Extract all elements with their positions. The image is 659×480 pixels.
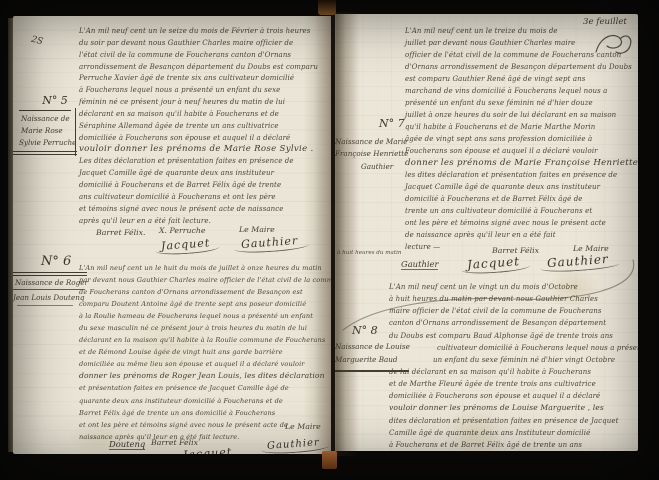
act-text-line: ont les père et témoins signé avec nous … xyxy=(405,217,637,229)
act-text-line: trente un ans cultivateur domicilié à Fo… xyxy=(405,205,637,217)
act-text-line: à Foucherans et de Barret Félix âgé de t… xyxy=(389,439,637,451)
margin-rule xyxy=(19,110,71,111)
act6-mayor-label: Le Maire xyxy=(285,422,321,431)
act-text-line: présenté un enfant du sexe féminin né d'… xyxy=(405,97,637,109)
act-text-line: Foucherans son épouse et auquel il a déc… xyxy=(405,145,637,157)
act-text-line: de lui déclarant en sa maison qu'il habi… xyxy=(389,366,637,378)
act-text-line: Perruche Xavier âgé de trente six ans cu… xyxy=(79,73,329,85)
margin-rule xyxy=(13,289,85,290)
act5-signature-jacquet: Jacquet xyxy=(161,236,211,252)
act6-signature-witness: Barret Félix xyxy=(151,438,198,447)
act-text-line: un enfant du sexe féminin né d'hier ving… xyxy=(389,354,637,366)
clerk-paraph: 2S xyxy=(30,35,44,48)
register-page-right: 3e feuillet N° 7 Naissance de Marie Fran… xyxy=(335,14,638,451)
act5-margin-number: N° 5 xyxy=(33,94,77,107)
act-text-line: et de Marthe Fleuré âgée de trente trois… xyxy=(389,378,637,390)
act-text-line: de naissance après qu'il leur en a été f… xyxy=(405,229,637,241)
act-text-line: domiciliée à Foucherans son épouse et au… xyxy=(79,133,329,145)
act-text-line: Jacquet Camille âgé de quarante deux ans… xyxy=(405,181,637,193)
act5-signature-father: X. Perruche xyxy=(159,226,206,235)
act-text-line: vouloir donner les prénoms de Marie Rose… xyxy=(79,144,329,156)
act-text-line: quarante deux ans instituteur domicilié … xyxy=(79,395,331,407)
act-text-line: Camille âgé de quarante deux ans Institu… xyxy=(389,427,637,439)
binding-strap-bottom xyxy=(322,451,337,469)
act-text-line: Séraphine Allemand âgée de trente un ans… xyxy=(79,121,329,133)
act-text-line: d'Ornans arrondissement de Besançon dépa… xyxy=(405,61,637,73)
act-text-line: canton d'Ornans arrondissement de Besanç… xyxy=(389,317,637,329)
act-text-line: vouloir donner les prénoms de Louise Mar… xyxy=(389,402,637,414)
act-text-line: à Foucherans lequel nous a présenté un e… xyxy=(79,85,329,97)
act-text-line: ans cultivateur domicilié à Foucherans e… xyxy=(79,192,329,204)
act-text-line: officier de l'état civil de la commune d… xyxy=(405,49,637,61)
act-text-line: cultivateur domicilié à Foucherans leque… xyxy=(389,342,637,354)
act7-margin-line: Gauthier xyxy=(361,161,393,172)
act-text-line: comparu Doutent Antoine âgé de trente se… xyxy=(79,298,331,310)
margin-rule xyxy=(13,151,77,152)
act-text-line: de Foucherans canton d'Ornans arrondisse… xyxy=(79,286,331,298)
act6-signature-father: Doutenq xyxy=(109,439,145,450)
act7-margin-line: Françoise Henriette xyxy=(335,148,408,159)
act5-margin-line: Sylvie Perruche xyxy=(19,137,76,148)
act-text-line: féminin né ce présent jour à neuf heures… xyxy=(79,97,329,109)
act-text-line: par devant nous Gauthier Charles maire o… xyxy=(79,274,331,286)
act-text-line: Barret Félix âgé de trente un ans domici… xyxy=(79,407,331,419)
act-text-line: déclarant en la maison qu'il habite à la… xyxy=(79,334,331,346)
act-text-line: marchand de vins domicilié à Foucherans … xyxy=(405,85,637,97)
act-text-line: juillet par devant nous Gauthier Charles… xyxy=(405,37,637,49)
act-text-line: les dites déclaration et présentation fa… xyxy=(405,169,637,181)
margin-rule xyxy=(13,154,77,155)
act-text-line: domiciliée au même lieu son épouse et au… xyxy=(79,358,331,370)
act-text-line: à la Roulie hameau de Foucherans lequel … xyxy=(79,310,331,322)
act-text-line: domiciliée à Foucherans son épouse et au… xyxy=(389,390,637,402)
act5-mayor-label: Le Maire xyxy=(239,225,275,234)
act-text-line: maire officier de l'état civil de la com… xyxy=(389,305,637,317)
act-text-line: dites déclaration et présentation faites… xyxy=(389,415,637,427)
act-text-line: domicilié à Foucherans et de Barret Féli… xyxy=(79,180,329,192)
act6-body: L'An mil neuf cent un le huit du mois de… xyxy=(79,262,331,443)
act-text-line: donner les prénoms de Marie Françoise He… xyxy=(405,157,637,169)
act6-margin-line: Naissance de Roger xyxy=(15,277,88,288)
act-text-line: arrondissement de Besançon département d… xyxy=(79,62,329,74)
act8-body: L'An mil neuf cent un le vingt un du moi… xyxy=(389,281,637,451)
act-text-line: donner les prénoms de Roger Jean Louis, … xyxy=(79,370,331,382)
act-text-line: juillet à onze heures du soir de lui déc… xyxy=(405,109,637,121)
act7-margin-line: Naissance de Marie xyxy=(335,136,408,147)
act5-margin-line: Marie Rose xyxy=(21,125,63,136)
act5-margin-line: Naissance de xyxy=(21,113,70,124)
margin-rule xyxy=(13,272,87,273)
act-text-line: âgée de vingt sept ans sans profession d… xyxy=(405,133,637,145)
act-text-line: L'An mil neuf cent un le treize du mois … xyxy=(405,25,637,37)
act-text-line: à huit heures du matin par devant nous G… xyxy=(389,293,637,305)
act-text-line: L'An mil neuf cent un le vingt un du moi… xyxy=(389,281,637,293)
binding-strap-top xyxy=(318,0,336,15)
act-text-line: domicilié à Foucherans et de Barret Féli… xyxy=(405,193,637,205)
act8-margin-number: N° 8 xyxy=(352,324,378,337)
margin-rule xyxy=(17,305,73,306)
margin-rule xyxy=(13,275,87,276)
act-text-line: L'An mil neuf cent un le seize du mois d… xyxy=(79,26,329,38)
act-text-line: déclarant en sa maison qu'il habite à Fo… xyxy=(79,109,329,121)
act7-margin-number: N° 7 xyxy=(379,117,405,130)
register-page-left: 2S N° 5 Naissance de Marie Rose Sylvie P… xyxy=(13,16,331,454)
act5-signature-gauthier: Gauthier xyxy=(241,234,299,251)
act-text-line: est comparu Gauthier René âgé de vingt s… xyxy=(405,73,637,85)
act-text-line: L'An mil neuf cent un le huit du mois de… xyxy=(79,262,331,274)
act-text-line: et présentation faites en présence de Ja… xyxy=(79,382,331,394)
act6-margin-line: Jean Louis Doutenq xyxy=(13,292,84,303)
register-scan: 2S N° 5 Naissance de Marie Rose Sylvie P… xyxy=(0,0,659,480)
margin-rule-vertical xyxy=(75,108,76,156)
act-text-line: du sexe masculin né ce présent jour à tr… xyxy=(79,322,331,334)
act5-signature-witness: Barret Félix. xyxy=(96,228,146,237)
act6-signature-gauthier: Gauthier xyxy=(267,437,320,452)
act-text-line: qu'il habite à Foucherans et de Marie Ma… xyxy=(405,121,637,133)
act5-body: L'An mil neuf cent un le seize du mois d… xyxy=(79,26,329,227)
act-text-line: l'état civil de la commune de Foucherans… xyxy=(79,50,329,62)
act-text-line: et de Rémond Louise âgée de vingt huit a… xyxy=(79,346,331,358)
act-text-line: du Doubs est comparu Baud Alphonse âgé d… xyxy=(389,330,637,342)
act7-body: L'An mil neuf cent un le treize du mois … xyxy=(405,25,637,253)
act-text-line: Les dites déclaration et présentation fa… xyxy=(79,156,329,168)
act-text-line: Jacquet Camille âgé de quarante deux ans… xyxy=(79,168,329,180)
act-text-line: et témoins signé avec nous le présent ac… xyxy=(79,204,329,216)
act6-margin-number: N° 6 xyxy=(41,254,71,269)
act-text-line: du soir par devant nous Gauthier Charles… xyxy=(79,38,329,50)
